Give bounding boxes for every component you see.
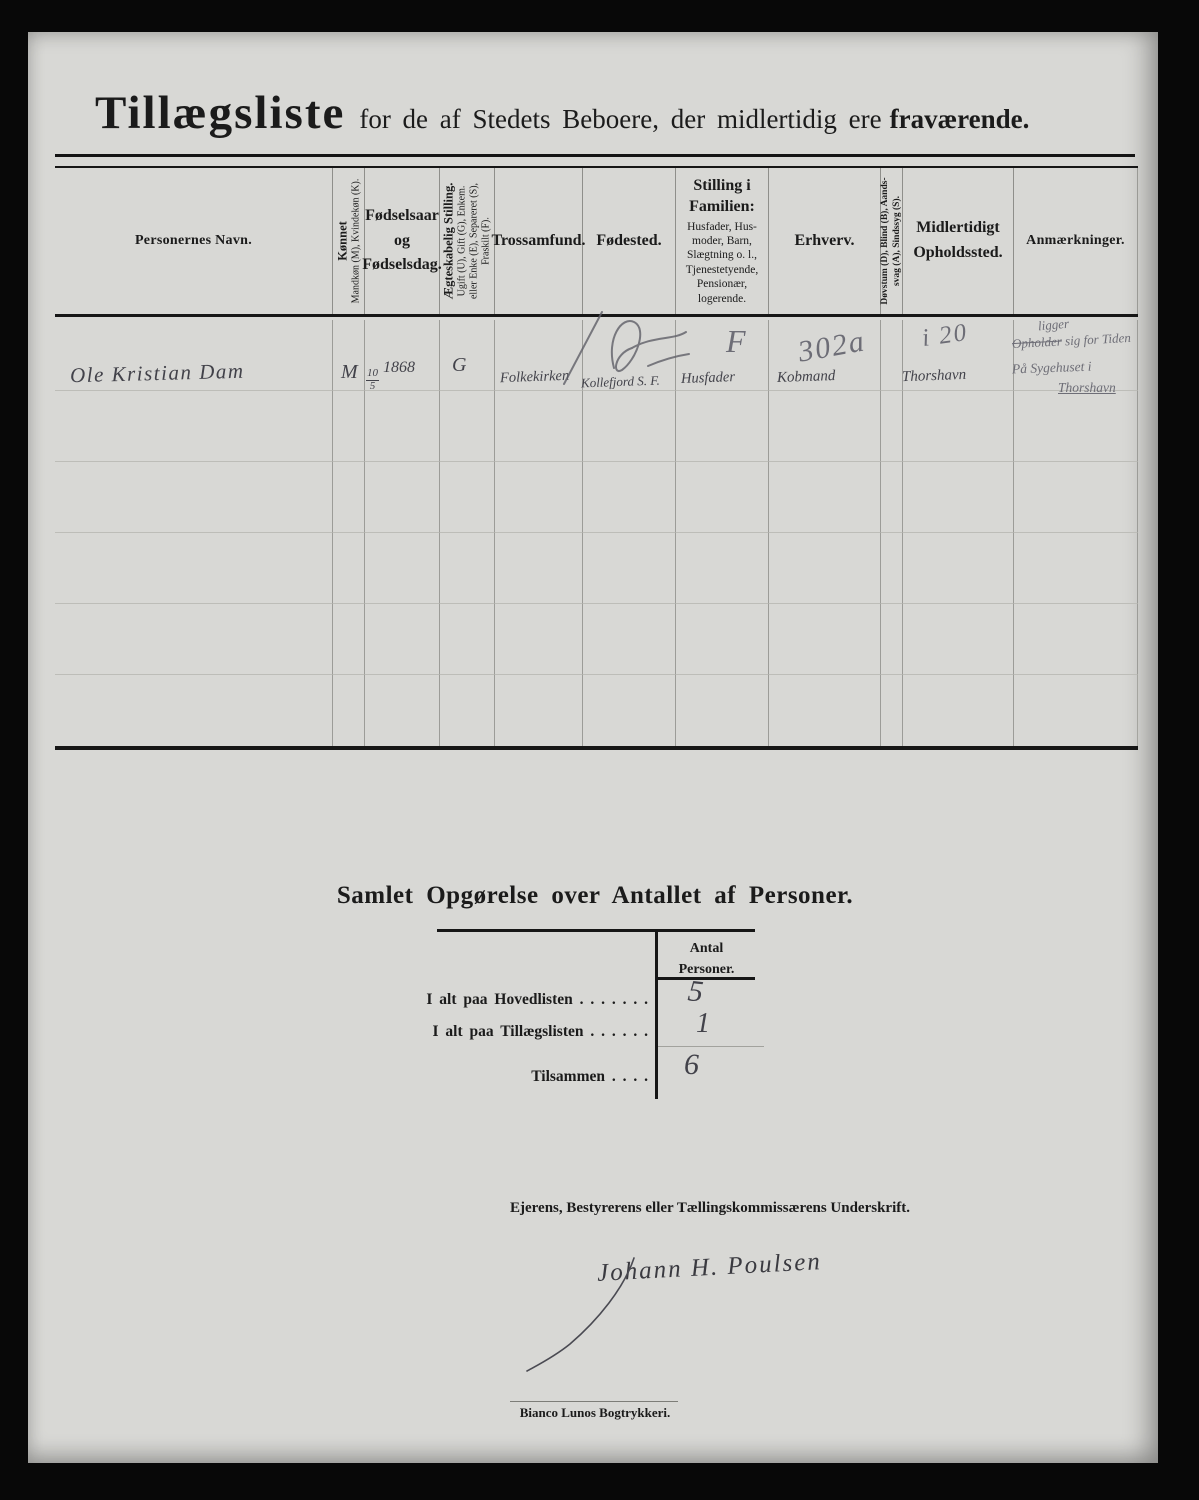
table-cell [903,462,1014,533]
table-cell [440,462,495,533]
table-cell [769,391,881,462]
printer-rule [510,1401,678,1402]
table-cell [676,604,769,675]
table-cell [333,391,365,462]
table-cell [495,675,583,746]
table-cell [769,462,881,533]
summary-row-tillaegslisten-label: I alt paa Tillægslisten . . . . . . [400,1023,648,1041]
title-main: Tillægsliste [95,87,345,139]
table-cell [440,604,495,675]
table-cell [676,462,769,533]
remark-inserted-word: ligger [1037,316,1069,335]
header-midlertidigt-opholdssted: Midlertidigt Opholdssted. [913,216,1002,266]
table-cell [55,604,333,675]
header-cell-birth: Fødselsaar og Fødselsdag. [365,168,440,314]
table-cell [1014,604,1138,675]
summary-subtotal-rule [658,1046,764,1047]
entry-name: Ole Kristian Dam [70,359,245,389]
table-cell [583,533,676,604]
header-personernes-navn: Personernes Navn. [135,233,252,249]
header-aegteskabelig-rotated: Ægteskabelig Stilling. Ugift (U), Gift (… [442,170,493,312]
header-cell-occupation: Erhverv. [769,168,881,314]
table-cell [583,675,676,746]
table-cell [495,604,583,675]
table-cell [881,533,903,604]
entry-birthdate: 105 1868 [366,359,415,392]
pencil-family-mark: F [726,323,746,360]
header-koennet-rotated: Kønnet Mandkøn (M), Kvindekøn (K). [335,170,362,312]
table-cell [881,320,903,391]
table-cell [676,391,769,462]
table-cell [583,604,676,675]
header-foedested: Fødested. [596,229,661,254]
summary-title: Samlet Opgørelse over Antallet af Person… [250,882,940,910]
table-cell [55,462,333,533]
table-cell [881,675,903,746]
title-subtitle: for de af Stedets Beboere, der midlertid… [359,104,881,134]
table-cell [365,604,440,675]
table-cell [903,391,1014,462]
table-cell [1014,462,1138,533]
table-cell [583,391,676,462]
table-cell [333,533,365,604]
title-rule [55,154,1135,157]
table-cell [333,462,365,533]
table-cell [365,462,440,533]
table-cell [769,604,881,675]
table-cell [903,675,1014,746]
page-title: Tillægslistefor de af Stedets Beboere, d… [95,86,1029,140]
scanned-census-page: Tillægslistefor de af Stedets Beboere, d… [0,0,1199,1500]
table-cell [903,604,1014,675]
table-cell [769,675,881,746]
summary-value-tilsammen: 6 [684,1048,699,1082]
summary-top-rule [437,929,755,932]
table-cell [903,533,1014,604]
table-cell [676,675,769,746]
table-cell [55,391,333,462]
table-cell [333,604,365,675]
table-cell [769,533,881,604]
remark-line-3: Thorshavn [1058,380,1116,396]
entry-residence: Thorshavn [902,367,967,386]
summary-column-header: Antal Personer. [658,938,755,980]
entry-sex: M [341,361,358,384]
header-anmaerkninger: Anmærkninger. [1026,233,1125,249]
signature-flourish [522,1252,654,1374]
table-cell [365,533,440,604]
header-cell-remarks: Anmærkninger. [1014,168,1138,314]
header-foedselsaar: Fødselsaar og Fødselsdag. [362,204,442,278]
table-cell [881,462,903,533]
table-cell [1014,533,1138,604]
header-cell-residence: Midlertidigt Opholdssted. [903,168,1014,314]
entry-occupation: Kobmand [777,368,836,387]
header-stilling-i-familien: Stilling i Familien: [689,176,755,218]
summary-row-tilsammen-label: Tilsammen . . . . [400,1068,648,1086]
table-cell [495,533,583,604]
remark-line-2: På Sygehuset i [1012,359,1092,378]
table-cell [440,533,495,604]
entry-marital: G [452,354,466,377]
header-cell-marital: Ægteskabelig Stilling. Ugift (U), Gift (… [440,168,495,314]
summary-value-tillaegslisten: 1 [696,1008,710,1040]
summary-header-rule [658,977,755,980]
header-cell-family: Stilling i Familien: Husfader, Hus- mode… [676,168,769,314]
header-cell-name: Personernes Navn. [55,168,333,314]
table-cell [440,320,495,391]
table-cell [333,675,365,746]
table-header: Personernes Navn. Kønnet Mandkøn (M), Kv… [55,166,1138,317]
table-cell [495,391,583,462]
table-cell [55,675,333,746]
summary-row-hovedlisten-label: I alt paa Hovedlisten . . . . . . . [400,991,648,1009]
header-erhverv: Erhverv. [795,229,855,254]
table-cell [881,391,903,462]
table-cell [583,462,676,533]
table-cell [365,391,440,462]
table-cell [440,391,495,462]
title-emphasis: fraværende. [890,104,1030,134]
header-doevstum-rotated: Døvstum (D), Blind (B), Aands- svag (A),… [880,170,904,312]
signature-caption: Ejerens, Bestyrerens eller Tællingskommi… [460,1200,960,1217]
table-cell [881,604,903,675]
header-cell-birthplace: Fødested. [583,168,676,314]
header-stilling-sub: Husfader, Hus- moder, Barn, Slægtning o.… [686,220,758,306]
printer-imprint: Bianco Lunos Bogtrykkeri. [480,1405,710,1421]
table-cell [495,462,583,533]
header-cell-sex: Kønnet Mandkøn (M), Kvindekøn (K). [333,168,365,314]
header-cell-religion: Trossamfund. [495,168,583,314]
pencil-scribble [556,310,724,396]
table-cell [676,533,769,604]
table-cell [440,675,495,746]
table-cell [365,675,440,746]
table-cell [1014,391,1138,462]
table-cell [1014,675,1138,746]
header-cell-disability: Døvstum (D), Blind (B), Aands- svag (A),… [881,168,903,314]
table-cell [55,533,333,604]
header-trossamfund: Trossamfund. [491,229,585,254]
